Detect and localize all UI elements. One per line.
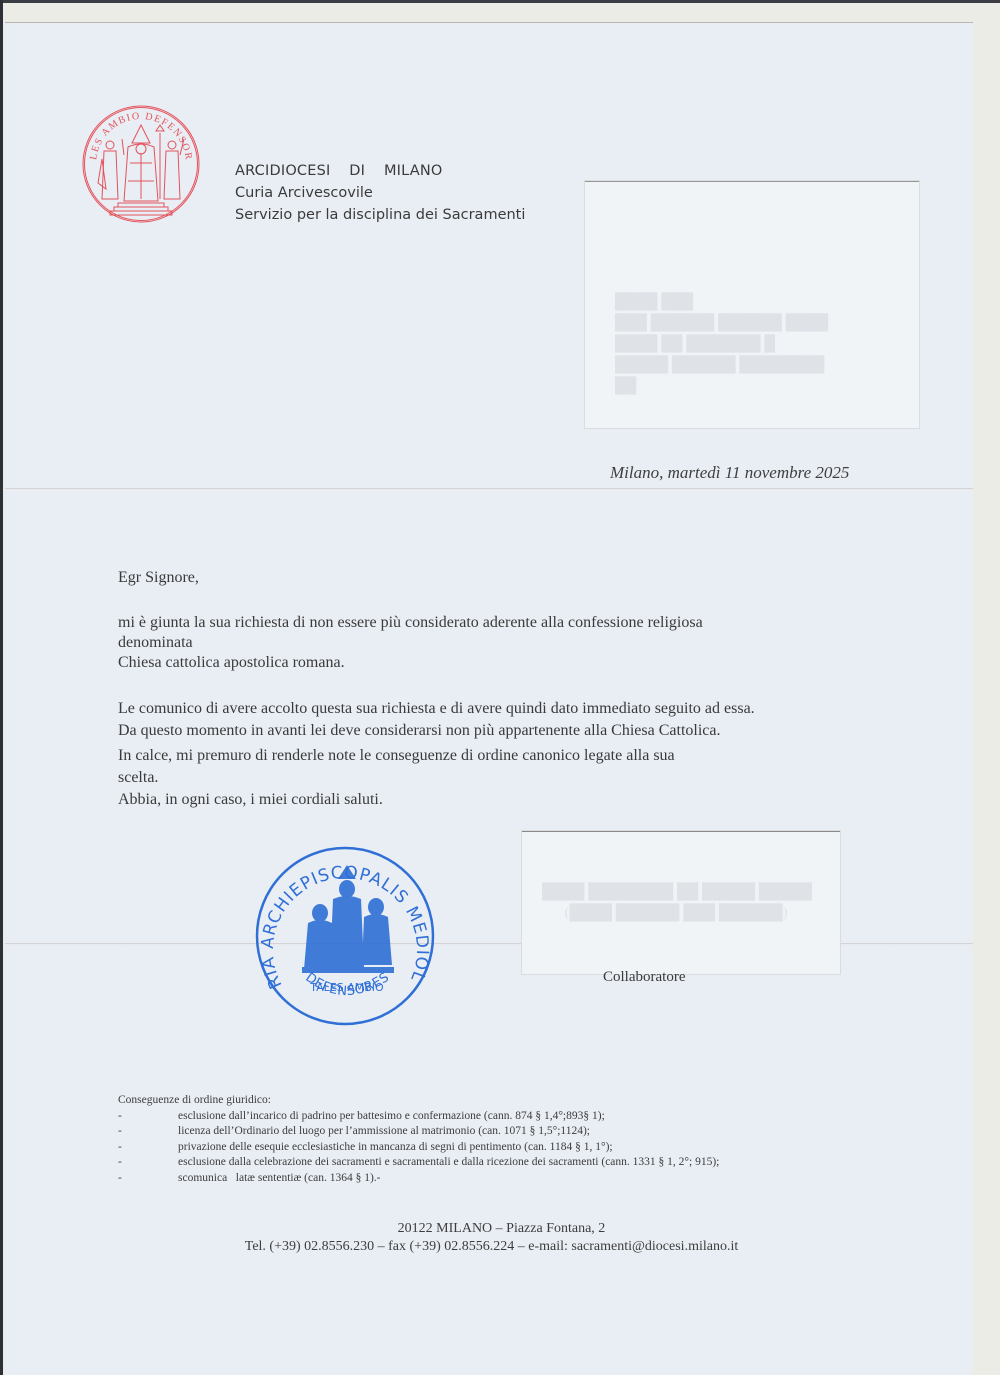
text-line: Da questo momento in avanti lei deve con…	[118, 720, 878, 742]
redacted-address: ████ ██████ ██████ ██████ ████████ ██ ██…	[615, 292, 828, 397]
paragraph-request: mi è giunta la sua richiesta di non esse…	[118, 613, 818, 673]
paragraph-closing: In calce, mi premuro di renderle note le…	[118, 745, 818, 811]
consequences-list: Conseguenze di ordine giuridico: - esclu…	[118, 1093, 719, 1186]
consequence-text: privazione delle esequie ecclesiastiche …	[178, 1140, 613, 1156]
bullet-dash: -	[118, 1171, 178, 1187]
text-line: denominata	[118, 633, 818, 653]
scanner-edge-left	[0, 0, 3, 1375]
bullet-dash: -	[118, 1109, 178, 1125]
department-name: Curia Arcivescovile	[235, 182, 525, 204]
text-line: Le comunico di avere accolto questa sua …	[118, 698, 878, 720]
letterhead: ARCIDIOCESI DI MILANO Curia Arcivescovil…	[235, 160, 525, 226]
redacted-signature: ████ ████████ ██ █████ █████ (████ █████…	[542, 882, 812, 924]
bullet-dash: -	[118, 1124, 178, 1140]
text-line: Chiesa cattolica apostolica romana.	[118, 653, 818, 673]
salutation: Egr Signore,	[118, 568, 199, 588]
consequence-text: scomunica latæ sententiæ (can. 1364 § 1)…	[178, 1171, 380, 1187]
footer-address: 20122 MILANO – Piazza Fontana, 2	[5, 1220, 973, 1238]
recipient-address-redaction: ████ ██████ ██████ ██████ ████████ ██ ██…	[585, 181, 919, 428]
footer: 20122 MILANO – Piazza Fontana, 2 Tel. (+…	[5, 1220, 973, 1256]
text-line: mi è giunta la sua richiesta di non esse…	[118, 613, 818, 633]
svg-text:DEFENSORES: DEFENSORES	[303, 970, 393, 999]
service-name: Servizio per la disciplina dei Sacrament…	[235, 204, 525, 226]
fold-line	[5, 488, 973, 490]
list-item: - privazione delle esequie ecclesiastich…	[118, 1140, 719, 1156]
consequences-title: Conseguenze di ordine giuridico:	[118, 1093, 719, 1109]
consequence-text: licenza dell’Ordinario del luogo per l’a…	[178, 1124, 590, 1140]
signature-redaction: ████ ████████ ██ █████ █████ (████ █████…	[522, 831, 840, 974]
bullet-dash: -	[118, 1155, 178, 1171]
consequence-text: esclusione dalla celebrazione dei sacram…	[178, 1155, 719, 1171]
list-item: - licenza dell’Ordinario del luogo per l…	[118, 1124, 719, 1140]
scanner-edge-top	[0, 0, 1000, 3]
list-item: - scomunica latæ sententiæ (can. 1364 § …	[118, 1171, 719, 1187]
signatory-role: Collaboratore	[603, 969, 685, 986]
paragraph-acceptance: Le comunico di avere accolto questa sua …	[118, 698, 878, 742]
letter-sheet: TALES AMBIO DEFENSORES ARCIDIOCESI DI MI…	[5, 22, 973, 1375]
consequence-text: esclusione dall’incarico di padrino per …	[178, 1109, 605, 1125]
footer-contacts: Tel. (+39) 02.8556.230 – fax (+39) 02.85…	[5, 1238, 973, 1256]
organization-name: ARCIDIOCESI DI MILANO	[235, 160, 525, 182]
text-line: scelta.	[118, 767, 818, 789]
text-line: In calce, mi premuro di renderle note le…	[118, 745, 818, 767]
text-line: Abbia, in ogni caso, i miei cordiali sal…	[118, 789, 818, 811]
curia-stamp-icon: CURIA ARCHIEPISCOPALIS MEDIOLANI TALES A…	[250, 841, 440, 1031]
diocese-seal-icon: TALES AMBIO DEFENSORES	[80, 103, 202, 225]
list-item: - esclusione dalla celebrazione dei sacr…	[118, 1155, 719, 1171]
bullet-dash: -	[118, 1140, 178, 1156]
date-line: Milano, martedì 11 novembre 2025	[610, 463, 849, 483]
list-item: - esclusione dall’incarico di padrino pe…	[118, 1109, 719, 1125]
